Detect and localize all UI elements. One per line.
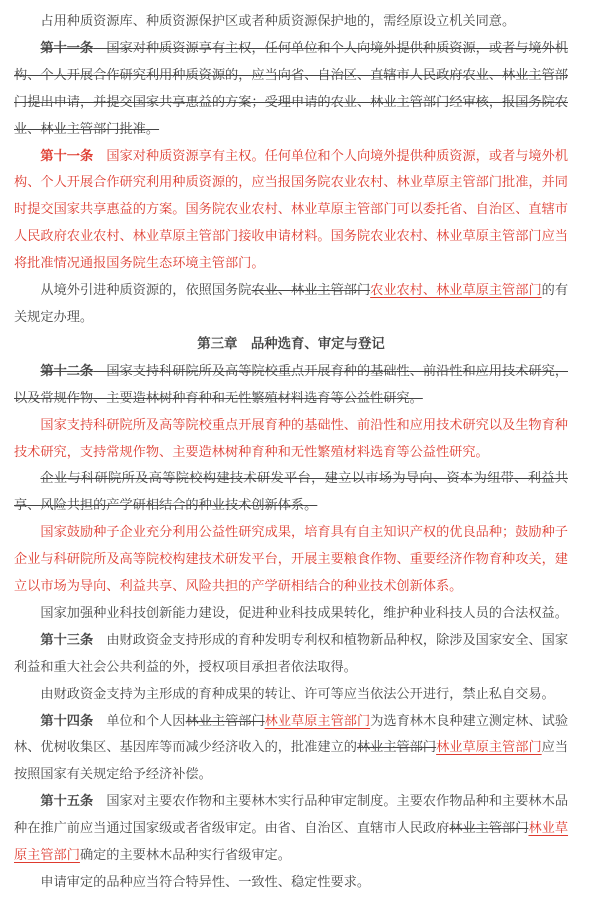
inserted-text-run: 林业草原主管部门 [436, 739, 542, 754]
deleted-article-number: 第十二条 [40, 363, 93, 378]
text-run: 从境外引进种质资源的，依照国务院 [40, 282, 251, 297]
deleted-text-run: 企业与科研院所及高等院校构建技术研发平台，建立以市场为导向、资本为纽带、利益共享… [14, 470, 568, 512]
article-paragraph: 第十五条 国家对主要农作物和主要林木实行品种审定制度。主要农作物品种和主要林木品… [14, 788, 568, 869]
article-paragraph: 国家鼓励种子企业充分利用公益性研究成果，培育具有自主知识产权的优良品种；鼓励种子… [14, 519, 568, 600]
article-paragraph: 第十四条 单位和个人因林业主管部门林业草原主管部门为选育林木良种建立测定林、试验… [14, 708, 568, 789]
article-paragraph: 国家支持科研院所及高等院校重点开展育种的基础性、前沿性和应用技术研究以及生物育种… [14, 412, 568, 466]
text-run: 申请审定的品种应当符合特异性、一致性、稳定性要求。 [40, 874, 370, 889]
deleted-text-run: 林业主管部门 [357, 739, 436, 754]
text-run: 占用种质资源库、种质资源保护区或者种质资源保护地的，需经原设立机关同意。 [40, 13, 515, 28]
article-paragraph: 申请审定的品种应当符合特异性、一致性、稳定性要求。 [14, 869, 568, 896]
article-paragraph: 从境外引进种质资源的，依照国务院农业、林业主管部门农业农村、林业草原主管部门的有… [14, 277, 568, 331]
chapter-heading: 第三章 品种选育、审定与登记 [14, 331, 568, 358]
document-page: 占用种质资源库、种质资源保护区或者种质资源保护地的，需经原设立机关同意。第十一条… [0, 0, 608, 897]
text-run: 由财政资金支持为主形成的育种成果的转让、许可等应当依法公开进行，禁止私自交易。 [40, 686, 554, 701]
inserted-text-run: 国家对种质资源享有主权。任何单位和个人向境外提供种质资源，或者与境外机构、个人开… [14, 148, 568, 271]
article-paragraph: 由财政资金支持为主形成的育种成果的转让、许可等应当依法公开进行，禁止私自交易。 [14, 681, 568, 708]
inserted-article-number: 第十一条 [40, 148, 93, 163]
article-paragraph: 第十一条 国家对种质资源享有主权。任何单位和个人向境外提供种质资源，或者与境外机… [14, 143, 568, 278]
deleted-text-run: 国家支持科研院所及高等院校重点开展育种的基础性、前沿性和应用技术研究，以及常规作… [14, 363, 568, 405]
deleted-text-run: 林业主管部门 [449, 820, 528, 835]
article-number: 第三章 品种选育、审定与登记 [197, 336, 384, 351]
article-paragraph: 国家加强种业科技创新能力建设，促进种业科技成果转化，维护种业科技人员的合法权益。 [14, 600, 568, 627]
deleted-article-number: 第十一条 [40, 40, 93, 55]
article-paragraph: 第十三条 由财政资金支持形成的育种发明专利权和植物新品种权，除涉及国家安全、国家… [14, 627, 568, 681]
inserted-text-run: 国家支持科研院所及高等院校重点开展育种的基础性、前沿性和应用技术研究以及生物育种… [14, 417, 568, 459]
article-paragraph: 第十二条 国家支持科研院所及高等院校重点开展育种的基础性、前沿性和应用技术研究，… [14, 358, 568, 412]
text-run: 国家加强种业科技创新能力建设，促进种业科技成果转化，维护种业科技人员的合法权益。 [40, 605, 568, 620]
article-paragraph: 第十一条 国家对种质资源享有主权，任何单位和个人向境外提供种质资源，或者与境外机… [14, 35, 568, 143]
article-number: 第十四条 [40, 713, 93, 728]
article-paragraph: 占用种质资源库、种质资源保护区或者种质资源保护地的，需经原设立机关同意。 [14, 8, 568, 35]
text-run: 由财政资金支持形成的育种发明专利权和植物新品种权，除涉及国家安全、国家利益和重大… [14, 632, 568, 674]
article-number: 第十五条 [40, 793, 93, 808]
article-paragraph: 企业与科研院所及高等院校构建技术研发平台，建立以市场为导向、资本为纽带、利益共享… [14, 465, 568, 519]
deleted-text-run: 国家对种质资源享有主权，任何单位和个人向境外提供种质资源，或者与境外机构、个人开… [14, 40, 568, 136]
text-run: 确定的主要林木品种实行省级审定。 [80, 847, 291, 862]
inserted-text-run: 农业农村、林业草原主管部门 [370, 282, 541, 297]
article-number: 第十三条 [40, 632, 93, 647]
inserted-text-run: 林业草原主管部门 [265, 713, 371, 728]
deleted-text-run: 农业、林业主管部门 [251, 282, 370, 297]
text-run: 单位和个人因 [93, 713, 185, 728]
deleted-text-run: 林业主管部门 [186, 713, 265, 728]
inserted-text-run: 国家鼓励种子企业充分利用公益性研究成果，培育具有自主知识产权的优良品种；鼓励种子… [14, 524, 568, 593]
